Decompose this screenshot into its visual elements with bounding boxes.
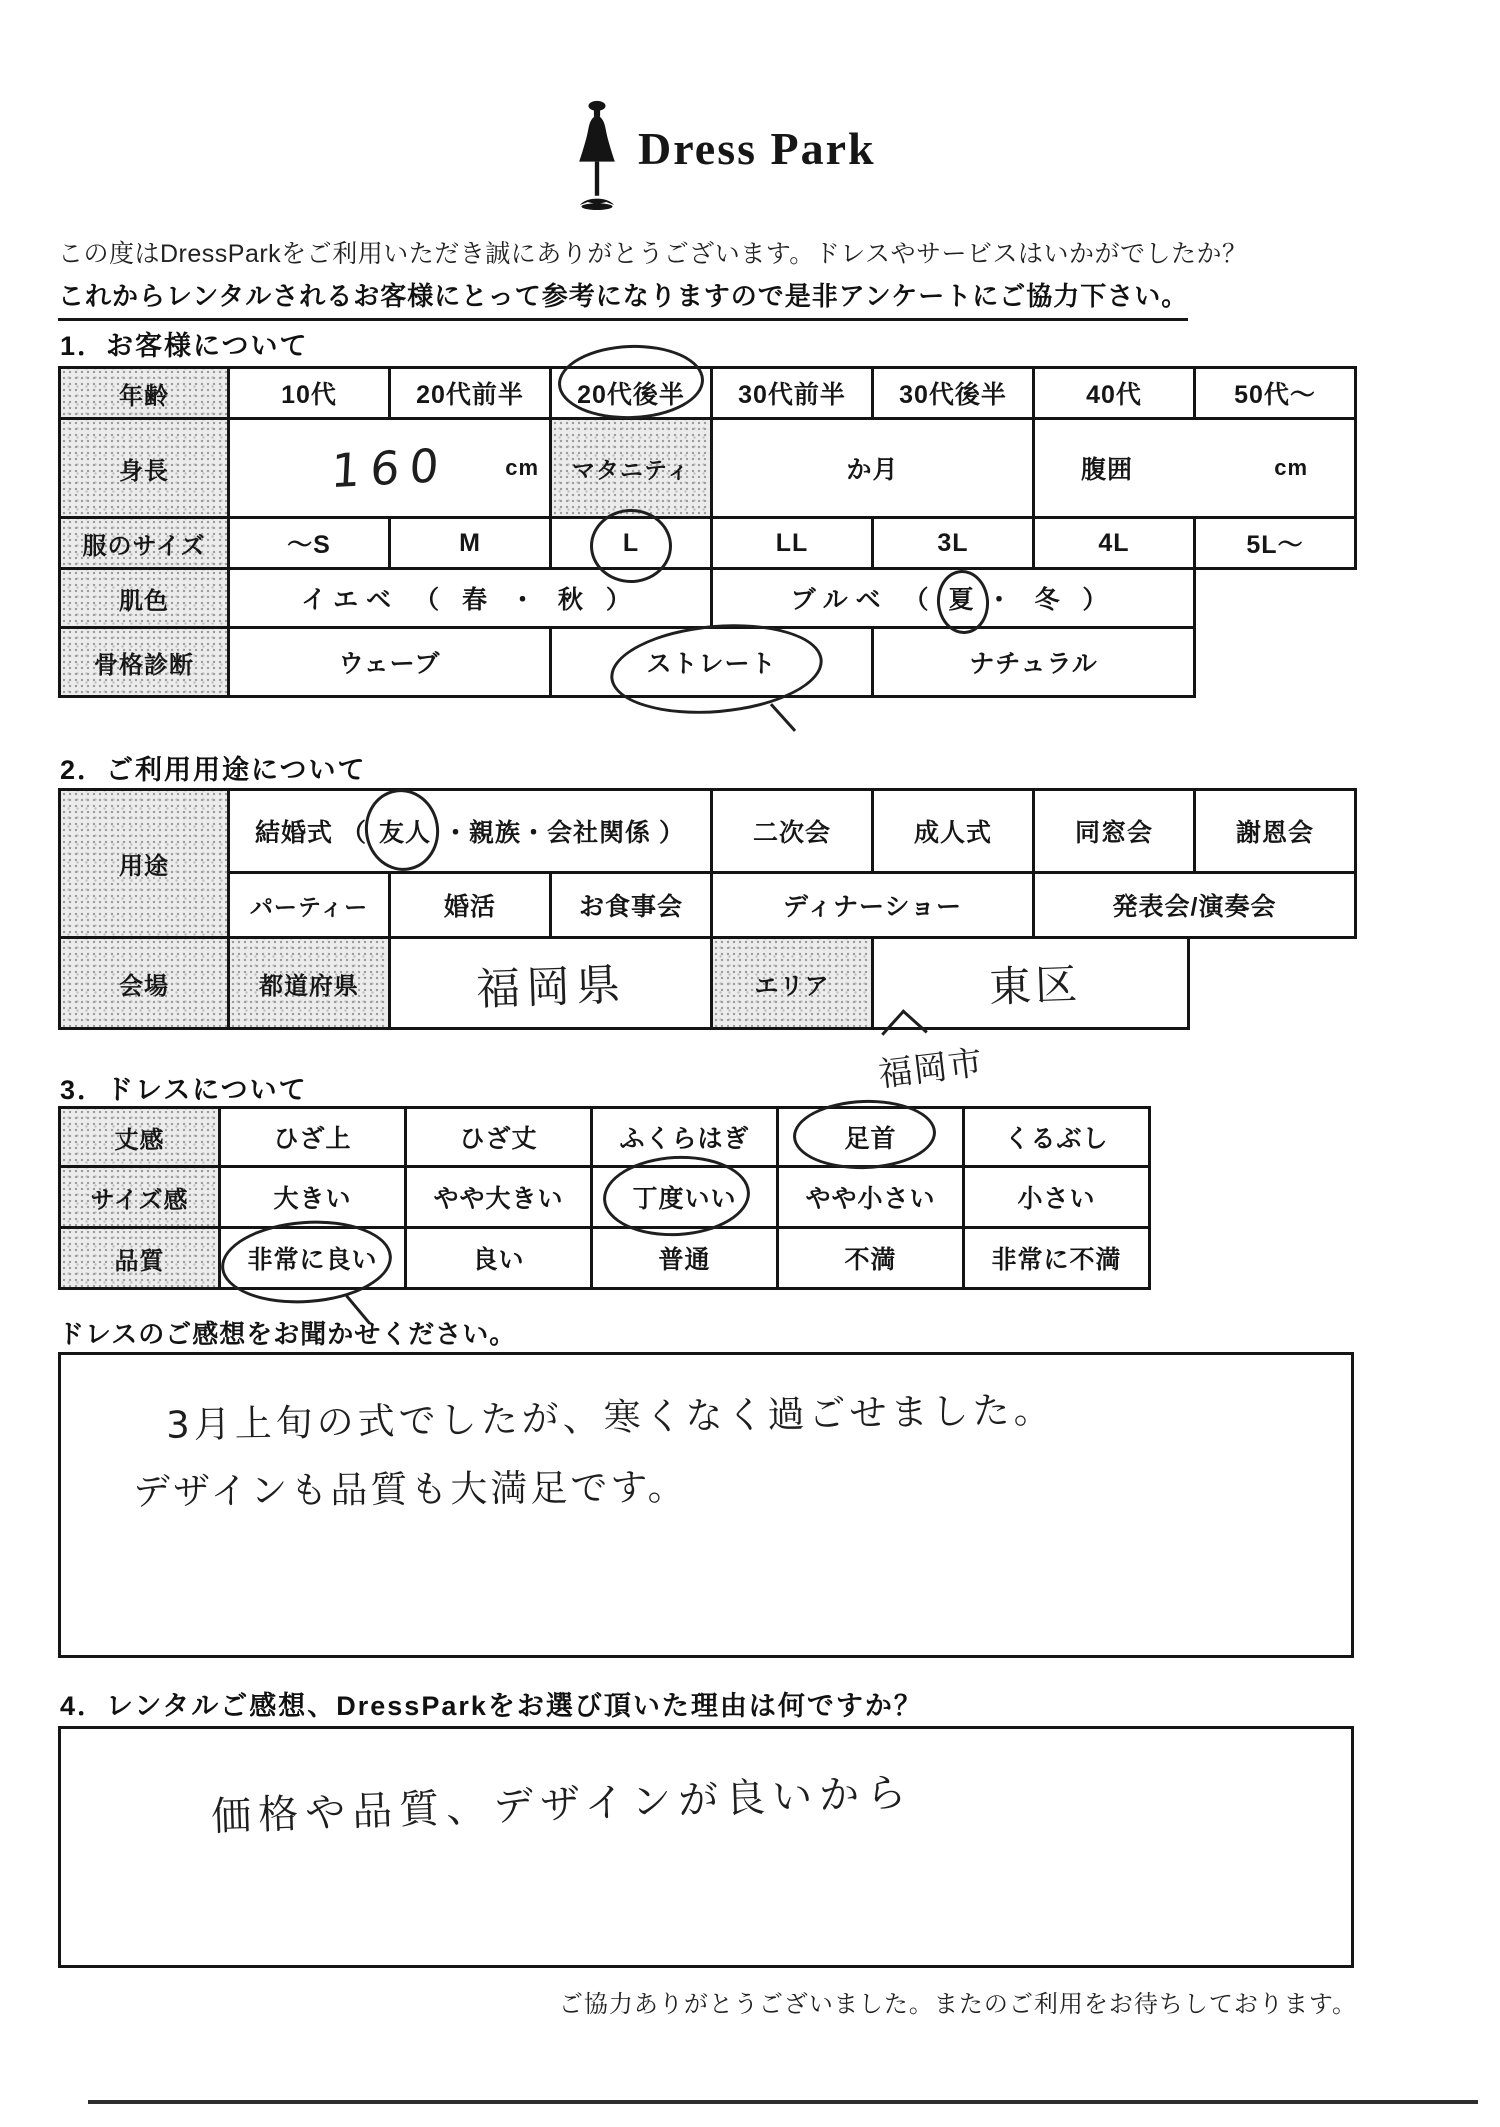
wedding-suffix: ・親族・会社関係 ） <box>443 813 685 849</box>
dress-form-icon <box>566 98 628 216</box>
area-value-cell: 東区 福岡市 <box>874 939 1187 1027</box>
closing-message: ご協力ありがとうございました。またのご利用をお待ちしております。 <box>58 1984 1357 2019</box>
usage-option-party: パーティー <box>230 874 388 936</box>
skin-blue-suffix: ・ 冬 ） <box>987 580 1116 616</box>
fit-option-just-right-circled: 丁度いい <box>593 1168 776 1226</box>
skin-tone-row: 肌色 イエベ （ 春 ・ 秋 ） ブルベ （ 夏 ・ 冬 ） <box>58 567 1196 629</box>
height-label: 身長 <box>61 420 227 516</box>
age-label: 年齢 <box>61 369 227 417</box>
size-option-s: ～S <box>230 519 388 567</box>
fit-label: サイズ感 <box>61 1168 218 1226</box>
age-option-10s: 10代 <box>230 369 388 417</box>
feedback-handwriting-line-2: デザインも品質も大満足です。 <box>133 1457 688 1516</box>
size-option-ll: LL <box>713 519 871 567</box>
section4-title: 4．レンタルご感想、DressParkをお選び頂いた理由は何ですか？ <box>60 1684 923 1723</box>
skin-yellow-base-cell: イエベ （ 春 ・ 秋 ） <box>230 570 710 626</box>
size-option-m: M <box>391 519 549 567</box>
length-option-calf: ふくらはぎ <box>593 1109 776 1165</box>
fit-option-bit-small: やや小さい <box>779 1168 962 1226</box>
usage-label: 用途 <box>61 791 227 936</box>
length-option-knee: ひざ丈 <box>407 1109 590 1165</box>
quality-option-normal: 普通 <box>593 1229 776 1287</box>
usage-option-thanks-party: 謝恩会 <box>1196 791 1354 871</box>
skin-yellow-text: イエベ （ 春 ・ 秋 ） <box>301 580 639 616</box>
section1-title: 1．お客様について <box>60 324 308 363</box>
age-option-50s: 50代～ <box>1196 369 1354 417</box>
usage-option-afterparty: 二次会 <box>713 791 871 871</box>
usage-options-stack: 結婚式 （ 友人 ・親族・会社関係 ） 二次会 成人式 同窓会 謝恩会 パーティ… <box>230 791 1354 936</box>
size-option-3l: 3L <box>874 519 1032 567</box>
skin-label: 肌色 <box>61 570 227 626</box>
intro-line-2: これからレンタルされるお客様にとって参考になりますので是非アンケートにご協力下さ… <box>58 276 1188 321</box>
usage-option-konkatsu: 婚活 <box>391 874 549 936</box>
waist-label: 腹囲 <box>1081 450 1133 486</box>
section3-title: 3．ドレスについて <box>60 1068 308 1107</box>
fit-option-bit-big: やや大きい <box>407 1168 590 1226</box>
brand-logo: Dress Park <box>566 98 876 216</box>
scanned-survey-page: Dress Park この度はDressParkをご利用いただき誠にありがとうご… <box>0 0 1500 2127</box>
usage-option-reunion: 同窓会 <box>1035 791 1193 871</box>
size-option-5l: 5L～ <box>1196 519 1354 567</box>
height-row: 身長 160 cm マタニティ か月 腹囲 cm <box>58 417 1357 519</box>
clothing-size-row: 服のサイズ ～S M L LL 3L 4L 5L～ <box>58 516 1357 570</box>
age-option-40s: 40代 <box>1035 369 1193 417</box>
skin-option-summer-circled: 夏 <box>949 580 975 616</box>
brand-name: Dress Park <box>638 122 876 193</box>
height-handwritten-value: 160 <box>329 438 449 498</box>
skin-blue-base-cell: ブルベ （ 夏 ・ 冬 ） <box>713 570 1193 626</box>
quality-label: 品質 <box>61 1229 218 1287</box>
feedback-handwriting-line-1: 3月上旬の式でしたが、寒くなく過ごせました。 <box>166 1379 1055 1448</box>
quality-option-good: 良い <box>407 1229 590 1287</box>
usage-row-1: 結婚式 （ 友人 ・親族・会社関係 ） 二次会 成人式 同窓会 謝恩会 <box>230 791 1354 871</box>
fit-row: サイズ感 大きい やや大きい 丁度いい やや小さい 小さい <box>58 1165 1151 1229</box>
usage-table: 用途 結婚式 （ 友人 ・親族・会社関係 ） 二次会 成人式 同窓会 謝恩会 パ… <box>58 788 1357 1030</box>
age-option-30s-late: 30代後半 <box>874 369 1032 417</box>
frame-option-straight-circled: ストレート <box>552 629 871 695</box>
height-unit: cm <box>505 455 539 481</box>
fit-option-small: 小さい <box>965 1168 1148 1226</box>
prefecture-handwriting: 福岡県 <box>474 948 626 1017</box>
feedback-prompt: ドレスのご感想をお聞かせください。 <box>58 1314 516 1351</box>
area-handwriting: 東区 <box>988 951 1082 1014</box>
length-option-ankle-circled: 足首 <box>779 1109 962 1165</box>
usage-rows-group: 用途 結婚式 （ 友人 ・親族・会社関係 ） 二次会 成人式 同窓会 謝恩会 パ… <box>58 788 1357 939</box>
quality-option-unsatisfied: 不満 <box>779 1229 962 1287</box>
length-row: 丈感 ひざ上 ひざ丈 ふくらはぎ 足首 くるぶし <box>58 1106 1151 1168</box>
quality-option-very-unsatisfied: 非常に不満 <box>965 1229 1148 1287</box>
height-value-cell: 160 cm <box>230 420 549 516</box>
skin-blue-prefix: ブルベ （ <box>791 580 937 616</box>
scan-edge-line <box>88 2100 1478 2104</box>
prefecture-label: 都道府県 <box>230 939 388 1027</box>
venue-label: 会場 <box>61 939 227 1027</box>
size-option-4l: 4L <box>1035 519 1193 567</box>
intro-line-1: この度はDressParkをご利用いただき誠にありがとうございます。ドレスやサー… <box>58 234 1247 270</box>
age-row: 年齢 10代 20代前半 20代後半 30代前半 30代後半 40代 50代～ <box>58 366 1357 420</box>
frame-option-natural: ナチュラル <box>874 629 1193 695</box>
usage-option-dinner-show: ディナーショー <box>713 874 1032 936</box>
dress-feedback-box: 3月上旬の式でしたが、寒くなく過ごせました。 デザインも品質も大満足です。 <box>58 1352 1354 1658</box>
usage-option-dining: お食事会 <box>552 874 710 936</box>
venue-row: 会場 都道府県 福岡県 エリア 東区 福岡市 <box>58 936 1190 1030</box>
frame-option-wave: ウェーブ <box>230 629 549 695</box>
frame-diagnosis-row: 骨格診断 ウェーブ ストレート ナチュラル <box>58 626 1196 698</box>
wedding-option-friend-circled: 友人 <box>379 813 431 849</box>
waist-cell: 腹囲 cm <box>1035 420 1354 516</box>
usage-option-recital: 発表会/演奏会 <box>1035 874 1354 936</box>
size-label: 服のサイズ <box>61 519 227 567</box>
waist-unit: cm <box>1274 455 1308 481</box>
reason-box: 価格や品質、デザインが良いから <box>58 1726 1354 1968</box>
age-option-20s-late-circled: 20代後半 <box>552 369 710 417</box>
reason-handwriting: 価格や品質、デザインが良いから <box>210 1761 914 1842</box>
maternity-months-cell: か月 <box>713 420 1032 516</box>
wedding-prefix: 結婚式 （ <box>255 813 367 849</box>
area-label: エリア <box>713 939 871 1027</box>
length-option-above-knee: ひざ上 <box>221 1109 404 1165</box>
age-option-20s-early: 20代前半 <box>391 369 549 417</box>
usage-option-coming-of-age: 成人式 <box>874 791 1032 871</box>
length-label: 丈感 <box>61 1109 218 1165</box>
frame-label: 骨格診断 <box>61 629 227 695</box>
quality-row: 品質 非常に良い 良い 普通 不満 非常に不満 <box>58 1226 1151 1290</box>
section2-title: 2．ご利用用途について <box>60 748 366 787</box>
length-option-anklebone: くるぶし <box>965 1109 1148 1165</box>
usage-row-2: パーティー 婚活 お食事会 ディナーショー 発表会/演奏会 <box>230 874 1354 936</box>
usage-wedding-cell: 結婚式 （ 友人 ・親族・会社関係 ） <box>230 791 710 871</box>
fit-option-big: 大きい <box>221 1168 404 1226</box>
dress-table: 丈感 ひざ上 ひざ丈 ふくらはぎ 足首 くるぶし サイズ感 大きい やや大きい … <box>58 1106 1151 1290</box>
quality-option-excellent-circled: 非常に良い <box>221 1229 404 1287</box>
customer-table: 年齢 10代 20代前半 20代後半 30代前半 30代後半 40代 50代～ … <box>58 366 1357 698</box>
prefecture-value-cell: 福岡県 <box>391 939 710 1027</box>
age-option-30s-early: 30代前半 <box>713 369 871 417</box>
maternity-label: マタニティ <box>552 420 710 516</box>
size-option-l-circled: L <box>552 519 710 567</box>
